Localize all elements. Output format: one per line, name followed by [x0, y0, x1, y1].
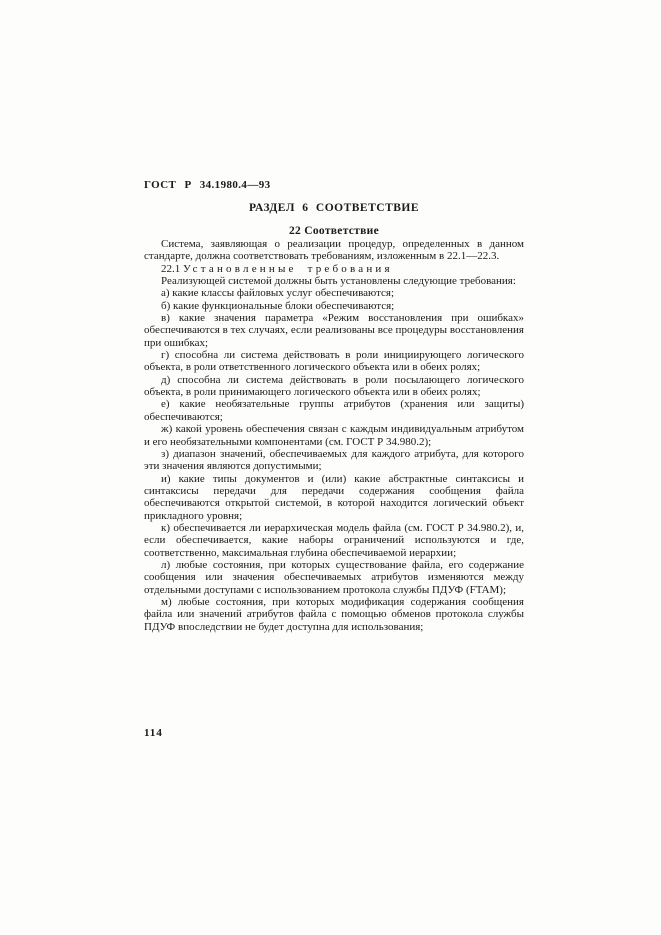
paragraph: д) способна ли система действовать в рол…: [144, 374, 524, 399]
paragraph: а) какие классы файловых услуг обеспечив…: [144, 287, 524, 299]
clause-title: Установленные требования: [183, 263, 393, 275]
paragraph: Реализующей системой должны быть установ…: [144, 275, 524, 287]
clause-heading: 22.1 Установленные требования: [144, 263, 524, 275]
paragraph: м) любые состояния, при которых модифика…: [144, 596, 524, 633]
paragraph: в) какие значения параметра «Режим восст…: [144, 312, 524, 349]
paragraph: г) способна ли система действовать в рол…: [144, 349, 524, 374]
page-number: 114: [144, 727, 163, 739]
clause-number: 22.1: [161, 263, 183, 275]
paragraph: б) какие функциональные блоки обеспечива…: [144, 300, 524, 312]
section-heading: РАЗДЕЛ 6 СООТВЕТСТВИЕ: [144, 202, 524, 214]
paragraph: з) диапазон значений, обеспечиваемых для…: [144, 448, 524, 473]
document-page: ГОСТ Р 34.1980.4—93 РАЗДЕЛ 6 СООТВЕТСТВИ…: [0, 0, 661, 935]
text-block: ГОСТ Р 34.1980.4—93 РАЗДЕЛ 6 СООТВЕТСТВИ…: [144, 179, 524, 633]
body-text: Система, заявляющая о реализации процеду…: [144, 238, 524, 633]
paragraph: Система, заявляющая о реализации процеду…: [144, 238, 524, 263]
paragraph: е) какие необязательные группы атрибутов…: [144, 398, 524, 423]
paragraph: л) любые состояния, при которых существо…: [144, 559, 524, 596]
running-header: ГОСТ Р 34.1980.4—93: [144, 179, 524, 191]
paragraph: и) какие типы документов и (или) какие а…: [144, 473, 524, 522]
paragraph: к) обеспечивается ли иерархическая модел…: [144, 522, 524, 559]
chapter-heading: 22 Соответствие: [144, 225, 524, 237]
paragraph: ж) какой уровень обеспечения связан с ка…: [144, 423, 524, 448]
